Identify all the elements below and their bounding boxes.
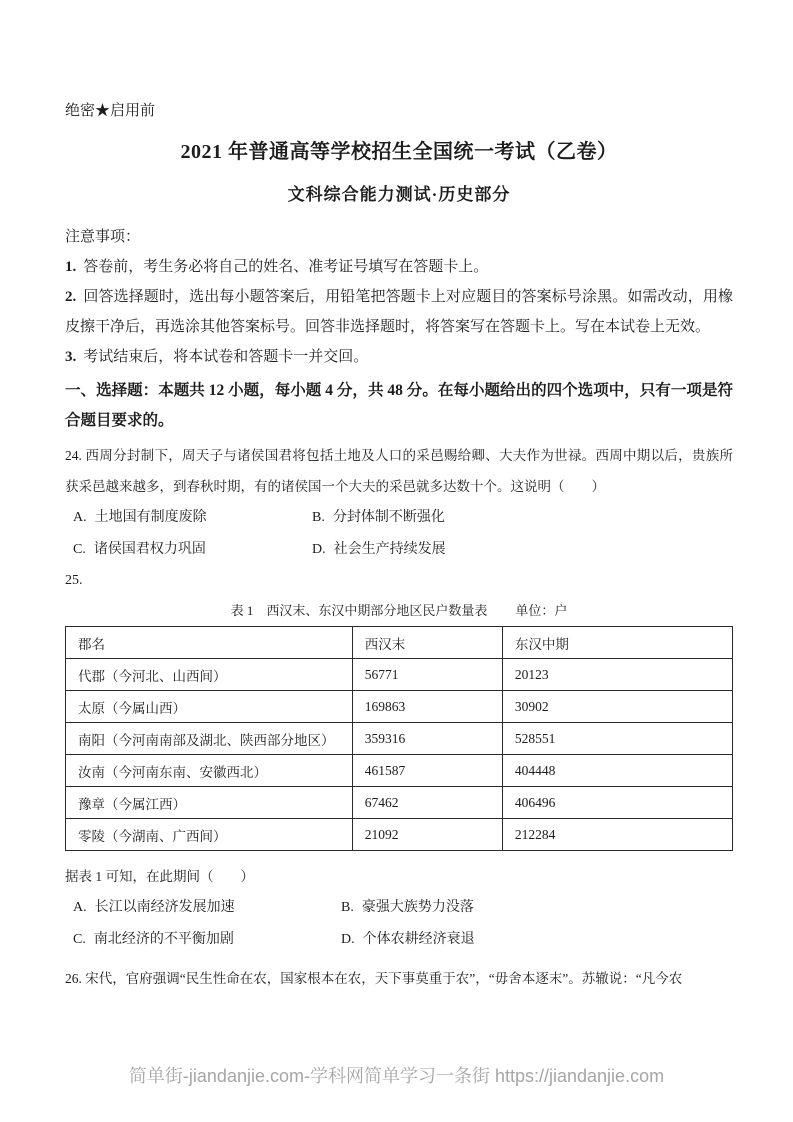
table-row: 南阳（今河南南部及湖北、陕西部分地区） 359316 528551 [66,723,733,755]
classification-label: 绝密★启用前 [65,100,733,122]
table-row: 豫章（今属江西） 67462 406496 [66,787,733,819]
table-1-caption-text: 表 1 西汉末、东汉中期部分地区民户数量表 [231,603,488,618]
table-cell-western-han: 21092 [352,819,502,851]
option-d-text: 社会生产持续发展 [334,542,446,557]
notice-heading: 注意事项： [65,222,733,252]
question-25-option-d: D.个体农耕经济衰退 [341,924,475,956]
option-c-text: 诸侯国君权力巩固 [94,542,206,557]
footer-watermark: 简单街-jiandanjie.com-学科网简单学习一条街 https://ji… [0,1062,793,1090]
question-24-options-row-1: A.土地国有制度废除B.分封体制不断强化 [65,502,733,534]
question-25-option-a: A.长江以南经济发展加速 [73,892,341,924]
section-1-heading: 一、选择题：本题共 12 小题，每小题 4 分，共 48 分。在每小题给出的四个… [65,376,733,436]
table-row: 汝南（今河南东南、安徽西北） 461587 404448 [66,755,733,787]
question-25-options-row-2: C.南北经济的不平衡加剧D.个体农耕经济衰退 [65,924,733,956]
table-cell-eastern-han: 528551 [502,723,732,755]
option-c-label: C. [73,932,86,947]
option-d-label: D. [312,542,326,557]
question-24-option-c: C.诸侯国君权力巩固 [73,534,312,566]
table-cell-county: 豫章（今属江西） [66,787,353,819]
table-header-row: 郡名 西汉末 东汉中期 [66,627,733,659]
question-25-number: 25. [65,566,733,596]
option-a-text: 长江以南经济发展加速 [95,900,235,915]
table-cell-county: 汝南（今河南东南、安徽西北） [66,755,353,787]
option-c-label: C. [73,542,86,557]
table-row: 太原（今属山西） 169863 30902 [66,691,733,723]
table-header-county: 郡名 [66,627,353,659]
table-row: 代郡（今河北、山西间） 56771 20123 [66,659,733,691]
notice-item-3: 3.考试结束后，将本试卷和答题卡一并交回。 [65,342,733,372]
table-cell-county: 代郡（今河北、山西间） [66,659,353,691]
table-cell-eastern-han: 404448 [502,755,732,787]
option-b-text: 分封体制不断强化 [333,510,445,525]
option-b-label: B. [312,510,325,525]
option-b-label: B. [341,900,354,915]
question-24-option-b: B.分封体制不断强化 [312,502,445,534]
option-a-label: A. [73,900,87,915]
table-cell-western-han: 67462 [352,787,502,819]
notice-item-1: 1.答卷前，考生务必将自己的姓名、准考证号填写在答题卡上。 [65,252,733,282]
notice-item-2-text: 回答选择题时，选出每小题答案后，用铅笔把答题卡上对应题目的答案标号涂黑。如需改动… [65,289,733,335]
question-24-option-d: D.社会生产持续发展 [312,534,446,566]
question-25-stem: 据表 1 可知，在此期间（ ） [65,862,733,892]
household-count-table: 郡名 西汉末 东汉中期 代郡（今河北、山西间） 56771 20123 太原（今… [65,626,733,851]
option-d-label: D. [341,932,355,947]
table-cell-county: 零陵（今湖南、广西间） [66,819,353,851]
question-24-text: 24. 西周分封制下，周天子与诸侯国君将包括土地及人口的采邑赐给卿、大夫作为世禄… [65,440,733,502]
table-cell-eastern-han: 30902 [502,691,732,723]
exam-title: 2021 年普通高等学校招生全国统一考试（乙卷） [65,138,733,166]
table-cell-county: 南阳（今河南南部及湖北、陕西部分地区） [66,723,353,755]
option-d-text: 个体农耕经济衰退 [363,932,475,947]
notice-item-1-number: 1. [65,259,76,275]
table-cell-eastern-han: 212284 [502,819,732,851]
table-1-caption: 表 1 西汉末、东汉中期部分地区民户数量表单位：户 [65,599,733,623]
notice-item-2: 2.回答选择题时，选出每小题答案后，用铅笔把答题卡上对应题目的答案标号涂黑。如需… [65,282,733,342]
table-header-eastern-han: 东汉中期 [502,627,732,659]
table-header-western-han: 西汉末 [352,627,502,659]
table-cell-county: 太原（今属山西） [66,691,353,723]
table-row: 零陵（今湖南、广西间） 21092 212284 [66,819,733,851]
table-cell-eastern-han: 406496 [502,787,732,819]
table-cell-western-han: 169863 [352,691,502,723]
notice-item-3-number: 3. [65,349,76,365]
notice-item-1-text: 答卷前，考生务必将自己的姓名、准考证号填写在答题卡上。 [83,259,488,275]
question-24-option-a: A.土地国有制度废除 [73,502,312,534]
table-cell-western-han: 461587 [352,755,502,787]
exam-paper: 绝密★启用前 2021 年普通高等学校招生全国统一考试（乙卷） 文科综合能力测试… [0,0,793,1122]
question-24-options-row-2: C.诸侯国君权力巩固D.社会生产持续发展 [65,534,733,566]
exam-subtitle: 文科综合能力测试·历史部分 [65,182,733,208]
table-1-unit-label: 单位：户 [515,603,567,618]
exam-paper-page: { "header": { "classification": "绝密★启用前"… [0,0,793,1122]
question-25-option-b: B.豪强大族势力没落 [341,892,474,924]
option-b-text: 豪强大族势力没落 [362,900,474,915]
option-a-text: 土地国有制度废除 [95,510,207,525]
table-cell-western-han: 56771 [352,659,502,691]
option-c-text: 南北经济的不平衡加剧 [94,932,234,947]
question-26-text: 26. 宋代，官府强调“民生性命在农，国家根本在农，天下事莫重于农”，“毋舍本逐… [65,963,733,994]
table-cell-western-han: 359316 [352,723,502,755]
question-25-option-c: C.南北经济的不平衡加剧 [73,924,341,956]
table-cell-eastern-han: 20123 [502,659,732,691]
notice-item-2-number: 2. [65,289,76,305]
option-a-label: A. [73,510,87,525]
notice-item-3-text: 考试结束后，将本试卷和答题卡一并交回。 [83,349,368,365]
question-25-options-row-1: A.长江以南经济发展加速B.豪强大族势力没落 [65,892,733,924]
